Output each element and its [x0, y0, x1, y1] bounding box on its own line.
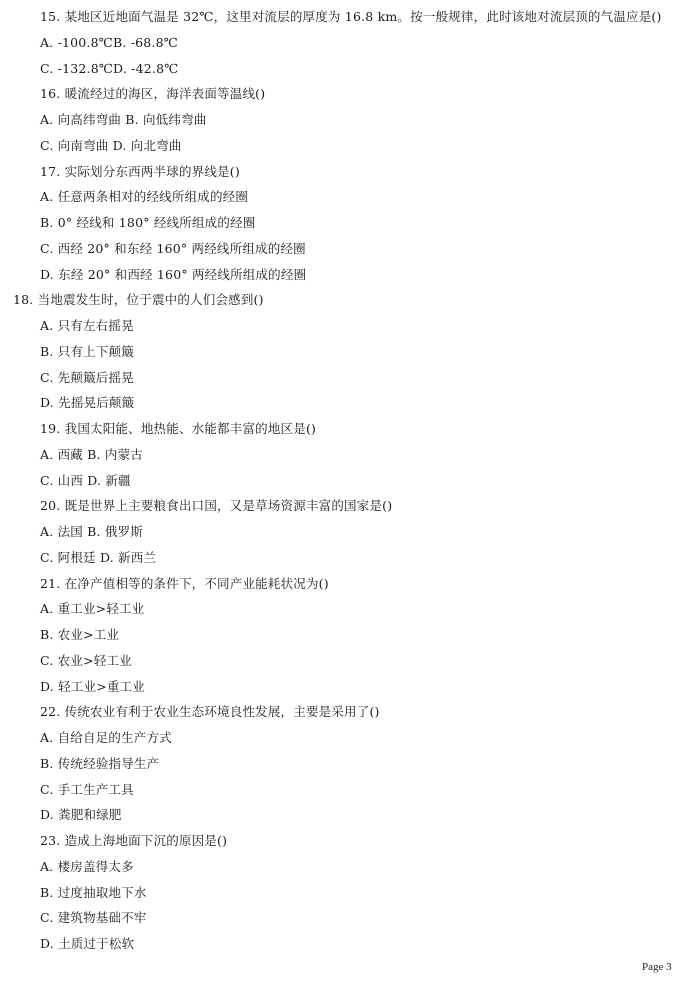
answer-option: D. 东经 20° 和西经 160° 两经线所组成的经圈: [40, 267, 306, 283]
answer-option: A. 法国 B. 俄罗斯: [40, 524, 143, 540]
answer-option: C. 西经 20° 和东经 160° 两经线所组成的经圈: [40, 241, 306, 257]
answer-option: B. 0° 经线和 180° 经线所组成的经圈: [40, 215, 255, 231]
answer-option: D. 土质过于松软: [40, 936, 134, 952]
answer-option: C. 农业>轻工业: [40, 653, 132, 669]
answer-option: A. 西藏 B. 内蒙古: [40, 447, 143, 463]
answer-option: C. 阿根廷 D. 新西兰: [40, 550, 156, 566]
question-stem: 18. 当地震发生时，位于震中的人们会感到(): [13, 292, 264, 308]
answer-option: A. 重工业>轻工业: [40, 601, 144, 617]
question-stem: 16. 暖流经过的海区，海洋表面等温线(): [40, 86, 265, 102]
answer-option: C. 向南弯曲 D. 向北弯曲: [40, 138, 182, 154]
answer-option: D. 先摇晃后颠簸: [40, 395, 134, 411]
question-stem: 22. 传统农业有利于农业生态环境良性发展，主要是采用了(): [40, 704, 380, 720]
question-stem: 23. 造成上海地面下沉的原因是(): [40, 833, 227, 849]
answer-option: B. 只有上下颠簸: [40, 344, 134, 360]
answer-option: C. 手工生产工具: [40, 782, 134, 798]
answer-option: A. 楼房盖得太多: [40, 859, 134, 875]
question-stem: 15. 某地区近地面气温是 32℃，这里对流层的厚度为 16.8 km。按一般规…: [40, 9, 662, 25]
answer-option: B. 传统经验指导生产: [40, 756, 159, 772]
answer-option: A. 任意两条相对的经线所组成的经圈: [40, 189, 248, 205]
answer-option: B. 过度抽取地下水: [40, 885, 147, 901]
answer-option: A. -100.8℃B. -68.8℃: [40, 35, 178, 51]
question-stem: 17. 实际划分东西两半球的界线是(): [40, 164, 240, 180]
question-stem: 21. 在净产值相等的条件下，不同产业能耗状况为(): [40, 576, 329, 592]
answer-option: C. 先颠簸后摇晃: [40, 370, 134, 386]
question-stem: 20. 既是世界上主要粮食出口国，又是草场资源丰富的国家是(): [40, 498, 392, 514]
answer-option: D. 轻工业>重工业: [40, 679, 145, 695]
answer-option: C. 山西 D. 新疆: [40, 473, 131, 489]
answer-option: D. 粪肥和绿肥: [40, 807, 122, 823]
answer-option: B. 农业>工业: [40, 627, 119, 643]
answer-option: A. 向高纬弯曲 B. 向低纬弯曲: [40, 112, 206, 128]
answer-option: A. 自给自足的生产方式: [40, 730, 172, 746]
question-stem: 19. 我国太阳能、地热能、水能都丰富的地区是(): [40, 421, 316, 437]
answer-option: C. 建筑物基础不牢: [40, 910, 147, 926]
answer-option: A. 只有左右摇晃: [40, 318, 134, 334]
answer-option: C. -132.8℃D. -42.8℃: [40, 61, 178, 77]
page-number: Page 3: [642, 961, 672, 973]
